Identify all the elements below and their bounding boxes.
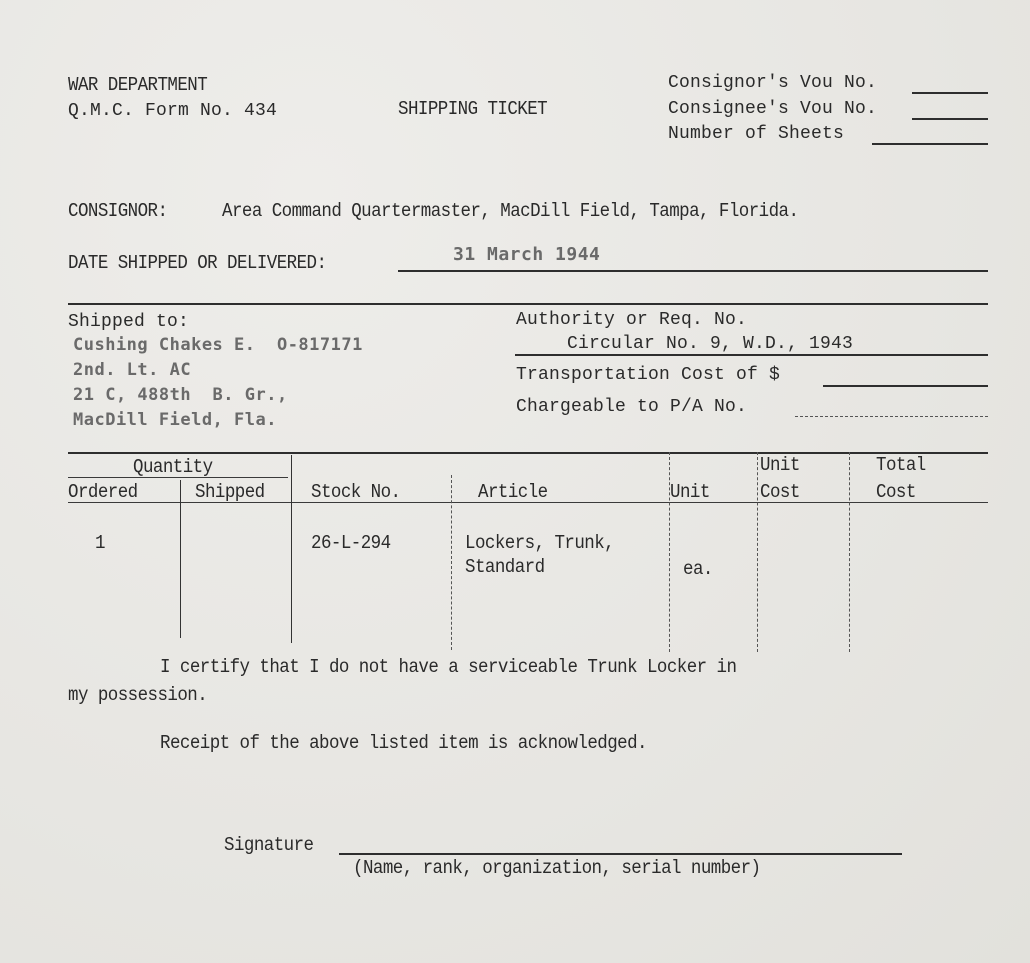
cell-ordered: 1 bbox=[95, 532, 105, 554]
col-unit: Unit bbox=[670, 481, 710, 503]
col-total-cost-bottom: Cost bbox=[876, 481, 916, 503]
col-divider bbox=[291, 455, 292, 643]
col-divider bbox=[849, 452, 850, 652]
consignee-vou-field[interactable] bbox=[912, 118, 988, 120]
recipient-rank: 2nd. Lt. AC bbox=[73, 359, 191, 381]
cell-article-line2: Standard bbox=[465, 556, 545, 578]
col-divider bbox=[451, 475, 452, 650]
col-unit-cost-bottom: Cost bbox=[760, 481, 800, 503]
col-shipped: Shipped bbox=[195, 481, 265, 503]
cell-stock-no: 26-L-294 bbox=[311, 532, 391, 554]
document-title: SHIPPING TICKET bbox=[398, 98, 547, 120]
quantity-group-header: Quantity bbox=[133, 456, 213, 478]
col-stock-no: Stock No. bbox=[311, 481, 400, 503]
cell-unit: ea. bbox=[683, 558, 713, 580]
chargeable-field[interactable] bbox=[795, 416, 988, 417]
cell-article-line1: Lockers, Trunk, bbox=[465, 532, 614, 554]
col-divider bbox=[180, 480, 181, 638]
department-name: WAR DEPARTMENT bbox=[68, 74, 207, 96]
consignor-vou-label: Consignor's Vou No. bbox=[668, 72, 877, 94]
authority-label: Authority or Req. No. bbox=[516, 309, 747, 331]
sheets-field[interactable] bbox=[872, 143, 988, 145]
col-article: Article bbox=[478, 481, 548, 503]
recipient-name: Cushing Chakes E. O-817171 bbox=[73, 334, 363, 356]
transport-cost-label: Transportation Cost of $ bbox=[516, 364, 780, 386]
receipt-statement: Receipt of the above listed item is ackn… bbox=[160, 732, 647, 754]
date-field-line[interactable] bbox=[398, 270, 988, 272]
consignee-vou-label: Consignee's Vou No. bbox=[668, 98, 877, 120]
table-top-border bbox=[68, 452, 988, 454]
recipient-location: MacDill Field, Fla. bbox=[73, 409, 277, 431]
date-value: 31 March 1944 bbox=[453, 244, 600, 266]
transport-cost-field[interactable] bbox=[823, 385, 988, 387]
header-bottom-border bbox=[68, 502, 988, 503]
signature-label: Signature bbox=[224, 834, 313, 856]
authority-field-line[interactable] bbox=[515, 354, 988, 356]
col-divider bbox=[669, 452, 670, 652]
sheets-label: Number of Sheets bbox=[668, 123, 844, 145]
col-divider bbox=[757, 452, 758, 652]
signature-field[interactable] bbox=[339, 853, 902, 855]
shipped-to-label: Shipped to: bbox=[68, 311, 189, 333]
recipient-unit: 21 C, 488th B. Gr., bbox=[73, 384, 288, 406]
date-label: DATE SHIPPED OR DELIVERED: bbox=[68, 252, 326, 274]
certification-line2: my possession. bbox=[68, 684, 207, 706]
section-divider bbox=[68, 303, 988, 305]
col-unit-cost-top: Unit bbox=[760, 454, 800, 476]
col-ordered: Ordered bbox=[68, 481, 138, 503]
consignor-vou-field[interactable] bbox=[912, 92, 988, 94]
shipping-ticket-document: WAR DEPARTMENT Q.M.C. Form No. 434 SHIPP… bbox=[0, 0, 1030, 963]
consignor-label: CONSIGNOR: bbox=[68, 200, 167, 222]
quantity-underline bbox=[68, 477, 288, 478]
signature-caption: (Name, rank, organization, serial number… bbox=[353, 857, 760, 879]
authority-value: Circular No. 9, W.D., 1943 bbox=[567, 333, 853, 355]
chargeable-label: Chargeable to P/A No. bbox=[516, 396, 747, 418]
certification-line1: I certify that I do not have a serviceab… bbox=[160, 656, 736, 678]
consignor-value: Area Command Quartermaster, MacDill Fiel… bbox=[222, 200, 798, 222]
col-total-cost-top: Total bbox=[876, 454, 926, 476]
form-number: Q.M.C. Form No. 434 bbox=[68, 100, 277, 122]
